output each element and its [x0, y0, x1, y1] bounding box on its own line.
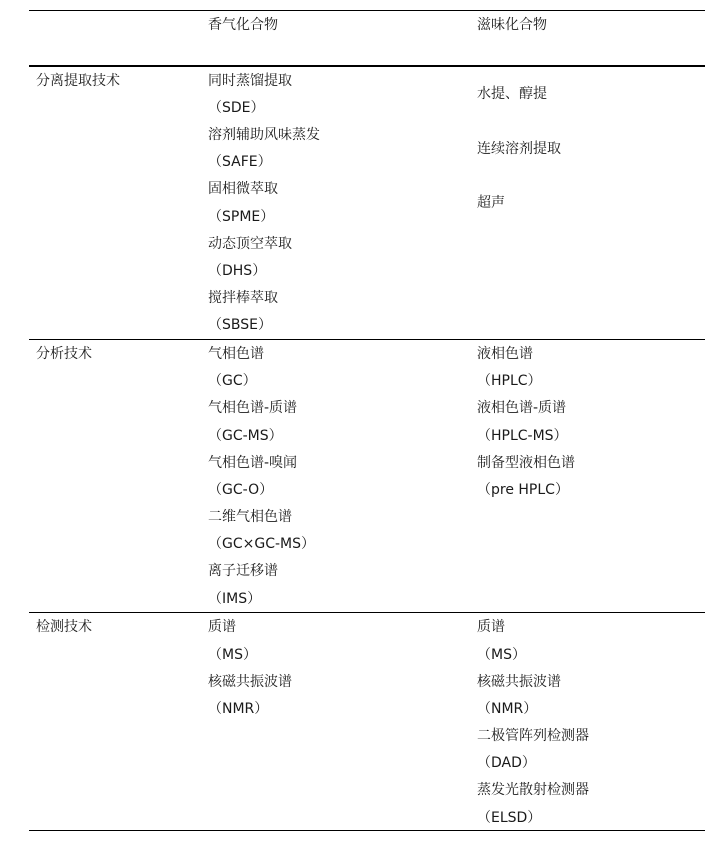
row-category: 分析技术: [36, 345, 92, 363]
taste-item: 连续溶剂提取: [477, 140, 561, 158]
taste-item: 液相色谱: [477, 345, 533, 363]
aroma-item: （DHS）: [208, 262, 266, 280]
header-bottom-rule: [29, 65, 705, 67]
taste-item: 制备型液相色谱: [477, 454, 575, 472]
row-divider: [29, 339, 705, 340]
aroma-item: （SBSE）: [208, 316, 272, 334]
aroma-item: 溶剂辅助风味蒸发: [208, 126, 320, 144]
taste-item: 质谱: [477, 618, 505, 636]
aroma-item: 气相色谱-质谱: [208, 399, 297, 417]
taste-item: 水提、醇提: [477, 85, 547, 103]
aroma-item: 离子迁移谱: [208, 562, 278, 580]
taste-item: （DAD）: [477, 754, 536, 772]
taste-item: （ELSD）: [477, 809, 541, 827]
table-top-rule: [29, 10, 705, 11]
aroma-item: （MS）: [208, 646, 257, 664]
aroma-item: 核磁共振波谱: [208, 673, 292, 691]
aroma-item: 动态顶空萃取: [208, 235, 292, 253]
aroma-item: （IMS）: [208, 590, 261, 608]
aroma-item: 同时蒸馏提取: [208, 72, 292, 90]
aroma-item: （GC-O）: [208, 481, 273, 499]
aroma-item: （NMR）: [208, 700, 268, 718]
aroma-item: 固相微萃取: [208, 180, 278, 198]
aroma-item: 气相色谱: [208, 345, 264, 363]
aroma-item: 搅拌棒萃取: [208, 289, 278, 307]
row-divider: [29, 612, 705, 613]
aroma-item: 质谱: [208, 618, 236, 636]
taste-item: （HPLC-MS）: [477, 427, 568, 445]
taste-item: 蒸发光散射检测器: [477, 781, 589, 799]
taste-item: 核磁共振波谱: [477, 673, 561, 691]
aroma-item: （SPME）: [208, 208, 274, 226]
header-taste: 滋味化合物: [477, 16, 547, 34]
aroma-item: 二维气相色谱: [208, 508, 292, 526]
row-category: 分离提取技术: [36, 72, 120, 90]
aroma-item: （SDE）: [208, 99, 265, 117]
taste-item: 超声: [477, 194, 505, 212]
row-category: 检测技术: [36, 618, 92, 636]
taste-item: （pre HPLC）: [477, 481, 569, 499]
aroma-item: 气相色谱-嗅闻: [208, 454, 297, 472]
header-aroma: 香气化合物: [208, 16, 278, 34]
taste-item: （HPLC）: [477, 372, 542, 390]
aroma-item: （GC）: [208, 372, 257, 390]
taste-item: （NMR）: [477, 700, 537, 718]
aroma-item: （GC-MS）: [208, 427, 283, 445]
taste-item: 液相色谱-质谱: [477, 399, 566, 417]
aroma-item: （SAFE）: [208, 153, 272, 171]
taste-item: 二极管阵列检测器: [477, 727, 589, 745]
table-bottom-rule: [29, 830, 705, 831]
aroma-item: （GC×GC-MS）: [208, 535, 315, 553]
taste-item: （MS）: [477, 646, 526, 664]
